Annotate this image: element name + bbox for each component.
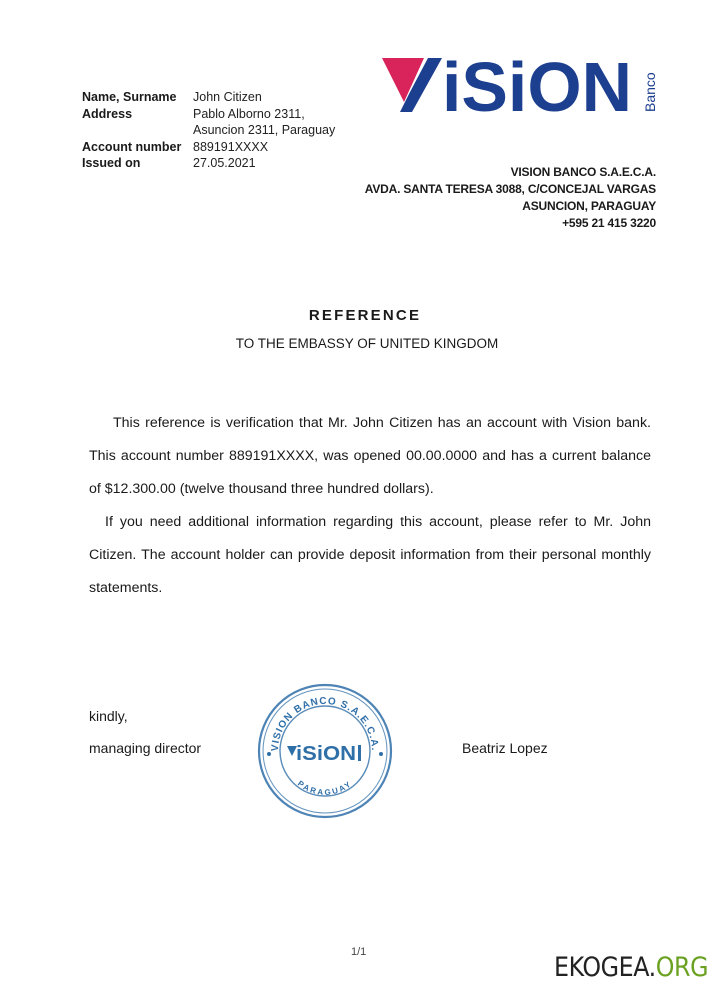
info-value: 889191XXXX <box>193 139 268 156</box>
info-value: John Citizen <box>193 89 262 106</box>
info-value: Asuncion 2311, Paraguay <box>193 122 335 139</box>
info-value: 27.05.2021 <box>193 155 256 172</box>
bank-address: VISION BANCO S.A.E.C.A. AVDA. SANTA TERE… <box>365 164 656 232</box>
document-page: Name, Surname John Citizen Address Pablo… <box>0 0 720 1000</box>
bank-name: VISION BANCO S.A.E.C.A. <box>365 164 656 181</box>
closing-text: kindly, <box>89 708 128 724</box>
info-label: Name, Surname <box>82 89 193 106</box>
bank-phone: +595 21 415 3220 <box>365 215 656 232</box>
info-label <box>82 122 193 139</box>
watermark-accent: ORG <box>656 952 708 983</box>
document-subtitle: TO THE EMBASSY OF UNITED KINGDOM <box>0 336 720 351</box>
info-row-account: Account number 889191XXXX <box>82 139 335 156</box>
page-number: 1/1 <box>351 946 366 958</box>
vision-banco-logo: iSiON Banco <box>382 56 660 116</box>
svg-text:iSiON: iSiON <box>442 56 632 116</box>
info-value: Pablo Alborno 2311, <box>193 106 305 123</box>
svg-text:Banco: Banco <box>642 72 658 112</box>
info-row-address: Address Pablo Alborno 2311, <box>82 106 335 123</box>
signatory-name: Beatriz Lopez <box>462 740 548 756</box>
svg-text:PARAGUAY: PARAGUAY <box>296 779 354 797</box>
account-info-block: Name, Surname John Citizen Address Pablo… <box>82 89 335 172</box>
watermark: EKOGEA.ORG <box>554 952 708 983</box>
document-title: REFERENCE <box>0 307 720 324</box>
info-row-address-cont: Asuncion 2311, Paraguay <box>82 122 335 139</box>
info-label: Account number <box>82 139 193 156</box>
watermark-main: EKOGEA. <box>554 952 656 983</box>
signatory-role: managing director <box>89 740 201 756</box>
svg-text:iSiON: iSiON <box>296 743 356 765</box>
info-label: Address <box>82 106 193 123</box>
info-row-name: Name, Surname John Citizen <box>82 89 335 106</box>
bank-stamp: VISION BANCO S.A.E.C.A. PARAGUAY iSiON <box>256 682 394 820</box>
bank-city: ASUNCION, PARAGUAY <box>365 198 656 215</box>
body-paragraph: If you need additional information regar… <box>89 506 651 605</box>
info-row-issued: Issued on 27.05.2021 <box>82 155 335 172</box>
bank-street: AVDA. SANTA TERESA 3088, C/CONCEJAL VARG… <box>365 181 656 198</box>
body-paragraph: This reference is verification that Mr. … <box>89 407 651 506</box>
info-label: Issued on <box>82 155 193 172</box>
